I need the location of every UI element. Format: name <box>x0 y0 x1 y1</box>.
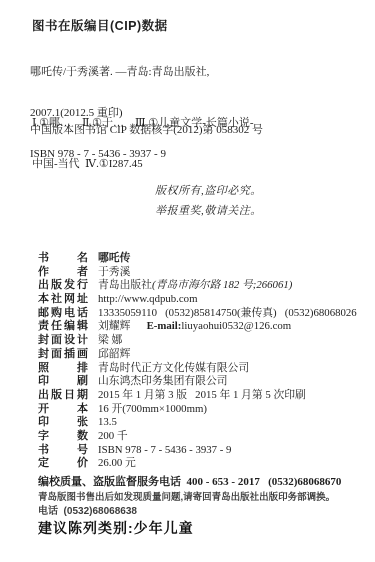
book-info-row-format: 开本 16 开(700mm×1000mm) <box>38 403 368 417</box>
info-value-cover-illustration: 邱韶辉 <box>98 348 130 362</box>
info-value-editor: 刘耀辉 E-mail:liuyaohui0532@126.com <box>98 320 291 334</box>
info-label: 出版发行 <box>38 279 88 293</box>
book-info-row-cover-illustration: 封面插画 邱韶辉 <box>38 348 368 362</box>
info-label: 书名 <box>38 252 88 266</box>
info-label: 作者 <box>38 266 88 280</box>
publisher-address: (青岛市海尔路 182 号;266061) <box>152 279 292 291</box>
book-info-row-author: 作者 于秀溪 <box>38 266 368 280</box>
info-label: 开本 <box>38 403 88 417</box>
book-info-list: 书名 哪吒传 作者 于秀溪 出版发行 青岛出版社(青岛市海尔路 182 号;26… <box>38 252 368 471</box>
info-value-cover-design: 梁 娜 <box>98 334 122 348</box>
info-label: 责任编辑 <box>38 320 88 334</box>
info-label: 封面插画 <box>38 348 88 362</box>
copyright-page: 图书在版编目(CIP)数据 哪吒传/于秀溪著. —青岛:青岛出版社, 2007.… <box>0 0 375 562</box>
exchange-notice: 青岛版图书售出后如发现质量问题,请寄回青岛出版社出版印务部调换。 <box>38 489 335 503</box>
book-info-row-printing: 印刷 山东鸿杰印务集团有限公司 <box>38 375 368 389</box>
info-value-order-phone: 13335059110 (0532)85814750(兼传真) (0532)68… <box>98 307 357 321</box>
book-info-row-sheets: 印张 13.5 <box>38 416 368 430</box>
quality-hotline-numbers: 400 - 653 - 2017 (0532)68068670 <box>181 476 341 488</box>
info-value-author: 于秀溪 <box>98 266 130 280</box>
info-value-price: 26.00 元 <box>98 457 136 471</box>
info-label: 封面设计 <box>38 334 88 348</box>
book-info-row-order-phone: 邮购电话 13335059110 (0532)85814750(兼传真) (05… <box>38 307 368 321</box>
quality-hotline-label: 编校质量、盗版监督服务电话 <box>38 476 181 488</box>
info-label: 定价 <box>38 457 88 471</box>
info-value-isbn: ISBN 978 - 7 - 5436 - 3937 - 9 <box>98 444 231 458</box>
info-label: 字数 <box>38 430 88 444</box>
classification-line-2: 中国-当代 Ⅳ.①I287.45 <box>32 158 254 172</box>
info-label: 照排 <box>38 362 88 376</box>
editor-email: liuyaohui0532@126.com <box>181 320 291 332</box>
book-info-row-isbn: 书号 ISBN 978 - 7 - 5436 - 3937 - 9 <box>38 444 368 458</box>
quality-hotline: 编校质量、盗版监督服务电话 400 - 653 - 2017 (0532)680… <box>38 473 341 489</box>
cip-record-number: 中国版本图书馆 CIP 数据核字(2012)第 058302 号 <box>30 121 263 137</box>
copyright-notice-line-2: 举报重奖,敬请关注。 <box>155 201 262 221</box>
book-info-row-title: 书名 哪吒传 <box>38 252 368 266</box>
book-info-row-price: 定价 26.00 元 <box>38 457 368 471</box>
shelf-category: 建议陈列类别:少年儿童 <box>38 518 194 538</box>
info-value-sheets: 13.5 <box>98 416 117 430</box>
book-info-row-publish-date: 出版日期 2015 年 1 月第 3 版 2015 年 1 月第 5 次印刷 <box>38 389 368 403</box>
info-label: 本社网址 <box>38 293 88 307</box>
book-info-row-word-count: 字数 200 千 <box>38 430 368 444</box>
email-label: E-mail: <box>147 320 182 332</box>
info-label: 印刷 <box>38 375 88 389</box>
info-value-printing: 山东鸿杰印务集团有限公司 <box>98 375 228 389</box>
info-value-publish-date: 2015 年 1 月第 3 版 2015 年 1 月第 5 次印刷 <box>98 389 306 403</box>
exchange-phone: 电话 (0532)68068638 <box>38 502 137 517</box>
cip-heading: 图书在版编目(CIP)数据 <box>32 16 168 34</box>
book-info-row-website: 本社网址 http://www.qdpub.com <box>38 293 368 307</box>
copyright-notice-line-1: 版权所有,盗印必究。 <box>155 181 262 201</box>
publisher-name: 青岛出版社 <box>98 279 152 291</box>
copyright-notice: 版权所有,盗印必究。 举报重奖,敬请关注。 <box>155 181 262 221</box>
info-label: 出版日期 <box>38 389 88 403</box>
cip-line-1: 哪吒传/于秀溪著. —青岛:青岛出版社, <box>30 66 209 80</box>
info-label: 印张 <box>38 416 88 430</box>
book-info-row-editor: 责任编辑 刘耀辉 E-mail:liuyaohui0532@126.com <box>38 320 368 334</box>
info-label: 邮购电话 <box>38 307 88 321</box>
info-value-book-title: 哪吒传 <box>98 252 130 266</box>
info-value-typesetting: 青岛时代正方文化传媒有限公司 <box>98 362 249 376</box>
info-value-word-count: 200 千 <box>98 430 128 444</box>
info-value-format: 16 开(700mm×1000mm) <box>98 403 207 417</box>
info-value-website: http://www.qdpub.com <box>98 293 197 307</box>
info-label: 书号 <box>38 444 88 458</box>
book-info-row-cover-design: 封面设计 梁 娜 <box>38 334 368 348</box>
exchange-phone-label: 电话 <box>38 506 58 517</box>
editor-name: 刘耀辉 <box>98 320 147 332</box>
book-info-row-typesetting: 照排 青岛时代正方文化传媒有限公司 <box>38 362 368 376</box>
book-info-row-publisher: 出版发行 青岛出版社(青岛市海尔路 182 号;266061) <box>38 279 368 293</box>
info-value-publisher: 青岛出版社(青岛市海尔路 182 号;266061) <box>98 279 292 293</box>
exchange-phone-number: (0532)68068638 <box>58 506 137 517</box>
